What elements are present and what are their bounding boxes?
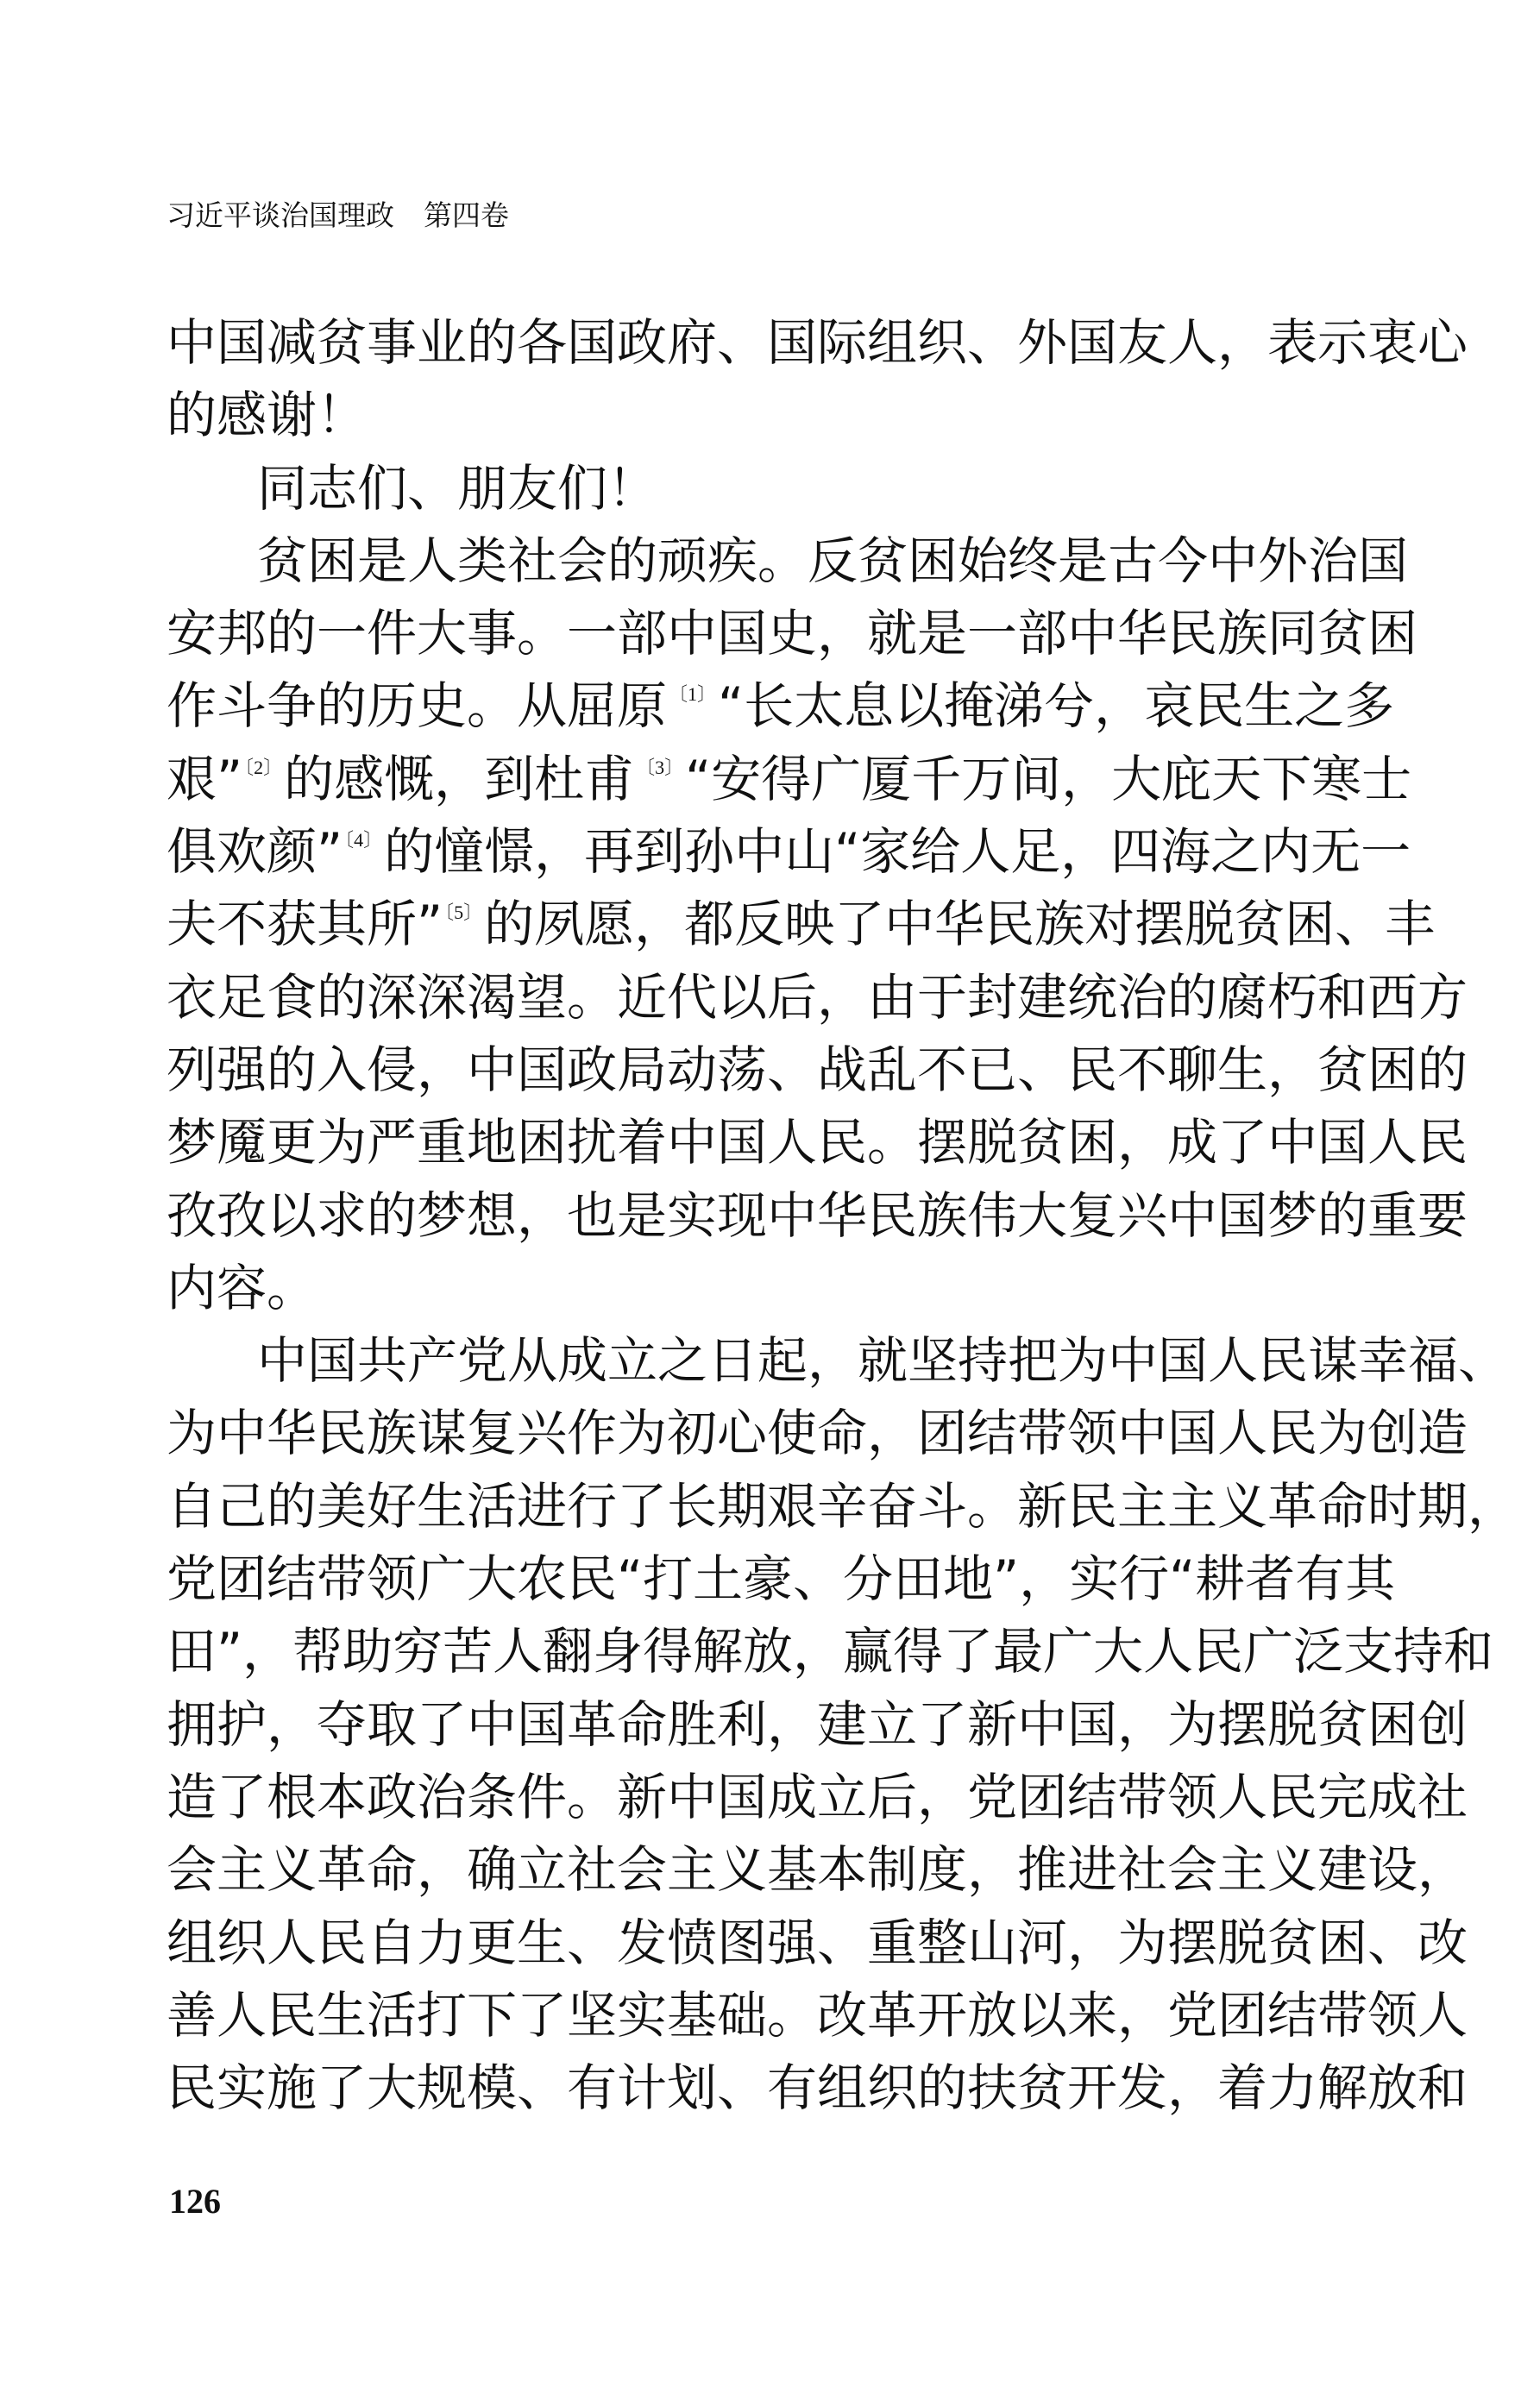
text-line: 同志们、朋友们！ (167, 452, 1342, 525)
line-text: 内容。 (167, 1259, 317, 1317)
text-line: 俱欢颜”〔4〕的憧憬，再到孙中山“家给人足，四海之内无一 (167, 815, 1342, 888)
line-text: 的感谢！ (167, 386, 367, 444)
footnote-marker-2[interactable]: 〔2〕 (244, 757, 282, 778)
text-line: 贫困是人类社会的顽疾。反贫困始终是古今中外治国 (167, 525, 1342, 597)
text-line: 自己的美好生活进行了长期艰辛奋斗。新民主主义革命时期， (167, 1470, 1342, 1543)
footnote-marker-1[interactable]: 〔1〕 (669, 683, 716, 705)
line-text: 衣足食的深深渴望。近代以后，由于封建统治的腐朽和西方 (167, 968, 1468, 1027)
line-text: 的夙愿，都反映了中华民族对摆脱贫困、丰 (484, 895, 1435, 953)
footnote-marker-3[interactable]: 〔3〕 (636, 757, 683, 778)
line-text: 中国减贫事业的各国政府、国际组织、外国友人，表示衷心 (167, 313, 1468, 372)
line-text: 会主义革命，确立社会主义基本制度，推进社会主义建设， (167, 1840, 1468, 1899)
volume-label: 第四卷 (424, 198, 509, 232)
line-text: 作斗争的历史。从屈原 (167, 676, 667, 735)
footnote-marker-5[interactable]: 〔5〕 (444, 902, 482, 923)
book-title: 习近平谈治国理政 (167, 198, 394, 232)
line-text: 艰” (167, 750, 242, 808)
text-line: 的感谢！ (167, 379, 1342, 451)
line-text: 的憧憬，再到孙中山“家给人足，四海之内无一 (384, 822, 1411, 881)
text-line: 为中华民族谋复兴作为初心使命，团结带领中国人民为创造 (167, 1397, 1342, 1469)
text-line: 善人民生活打下了坚实基础。改革开放以来，党团结带领人 (167, 1979, 1342, 2052)
body-text: 中国减贫事业的各国政府、国际组织、外国友人，表示衷心 的感谢！ 同志们、朋友们！… (167, 306, 1342, 2124)
text-line: 孜孜以求的梦想，也是实现中华民族伟大复兴中国梦的重要 (167, 1179, 1342, 1252)
line-text: 俱欢颜” (167, 822, 343, 881)
line-text: 田”，帮助穷苦人翻身得解放，赢得了最广大人民广泛支持和 (167, 1622, 1493, 1681)
line-text: 列强的入侵，中国政局动荡、战乱不已、民不聊生，贫困的 (167, 1040, 1468, 1099)
line-text: 的感慨，到杜甫 (284, 750, 634, 808)
text-line: 中国共产党从成立之日起，就坚持把为中国人民谋幸福、 (167, 1324, 1342, 1397)
text-line: 中国减贫事业的各国政府、国际组织、外国友人，表示衷心 (167, 306, 1342, 379)
text-line: 列强的入侵，中国政局动荡、战乱不已、民不聊生，贫困的 (167, 1034, 1342, 1106)
line-text: “长太息以掩涕兮，哀民生之多 (718, 676, 1394, 735)
line-text: 善人民生活打下了坚实基础。改革开放以来，党团结带领人 (167, 1986, 1468, 2045)
line-text: 贫困是人类社会的顽疾。反贫困始终是古今中外治国 (257, 531, 1408, 590)
line-text: 党团结带领广大农民“打土豪、分田地”，实行“耕者有其 (167, 1549, 1395, 1608)
text-line: 造了根本政治条件。新中国成立后，党团结带领人民完成社 (167, 1761, 1342, 1833)
text-line: 民实施了大规模、有计划、有组织的扶贫开发，着力解放和 (167, 2052, 1342, 2124)
line-text: 孜孜以求的梦想，也是实现中华民族伟大复兴中国梦的重要 (167, 1186, 1468, 1245)
line-text: 为中华民族谋复兴作为初心使命，团结带领中国人民为创造 (167, 1404, 1468, 1462)
line-text: 同志们、朋友们！ (257, 459, 657, 518)
text-line: 会主义革命，确立社会主义基本制度，推进社会主义建设， (167, 1833, 1342, 1906)
text-line: 田”，帮助穷苦人翻身得解放，赢得了最广大人民广泛支持和 (167, 1615, 1342, 1687)
line-text: 夫不获其所” (167, 895, 443, 953)
text-line: 拥护，夺取了中国革命胜利，建立了新中国，为摆脱贫困创 (167, 1688, 1342, 1761)
text-line: 夫不获其所”〔5〕的夙愿，都反映了中华民族对摆脱贫困、丰 (167, 888, 1342, 960)
line-text: 组织人民自力更生、发愤图强、重整山河，为摆脱贫困、改 (167, 1914, 1468, 1972)
text-line: 内容。 (167, 1252, 1342, 1324)
running-header: 习近平谈治国理政第四卷 (167, 197, 509, 235)
line-text: 拥护，夺取了中国革命胜利，建立了新中国，为摆脱贫困创 (167, 1695, 1468, 1754)
line-text: 自己的美好生活进行了长期艰辛奋斗。新民主主义革命时期， (167, 1477, 1518, 1536)
text-line: 组织人民自力更生、发愤图强、重整山河，为摆脱贫困、改 (167, 1907, 1342, 1979)
line-text: “安得广厦千万间，大庇天下寒士 (685, 750, 1411, 808)
text-line: 艰”〔2〕的感慨，到杜甫〔3〕“安得广厦千万间，大庇天下寒士 (167, 743, 1342, 815)
text-line: 梦魇更为严重地困扰着中国人民。摆脱贫困，成了中国人民 (167, 1106, 1342, 1178)
text-line: 安邦的一件大事。一部中国史，就是一部中华民族同贫困 (167, 597, 1342, 669)
line-text: 民实施了大规模、有计划、有组织的扶贫开发，着力解放和 (167, 2058, 1468, 2117)
text-line: 党团结带领广大农民“打土豪、分田地”，实行“耕者有其 (167, 1543, 1342, 1615)
line-text: 中国共产党从成立之日起，就坚持把为中国人民谋幸福、 (257, 1331, 1508, 1390)
page-number: 126 (169, 2181, 221, 2221)
text-line: 作斗争的历史。从屈原〔1〕“长太息以掩涕兮，哀民生之多 (167, 669, 1342, 742)
text-line: 衣足食的深深渴望。近代以后，由于封建统治的腐朽和西方 (167, 961, 1342, 1034)
line-text: 梦魇更为严重地困扰着中国人民。摆脱贫困，成了中国人民 (167, 1113, 1468, 1172)
footnote-marker-4[interactable]: 〔4〕 (344, 829, 382, 851)
line-text: 安邦的一件大事。一部中国史，就是一部中华民族同贫困 (167, 604, 1417, 663)
line-text: 造了根本政治条件。新中国成立后，党团结带领人民完成社 (167, 1768, 1468, 1826)
